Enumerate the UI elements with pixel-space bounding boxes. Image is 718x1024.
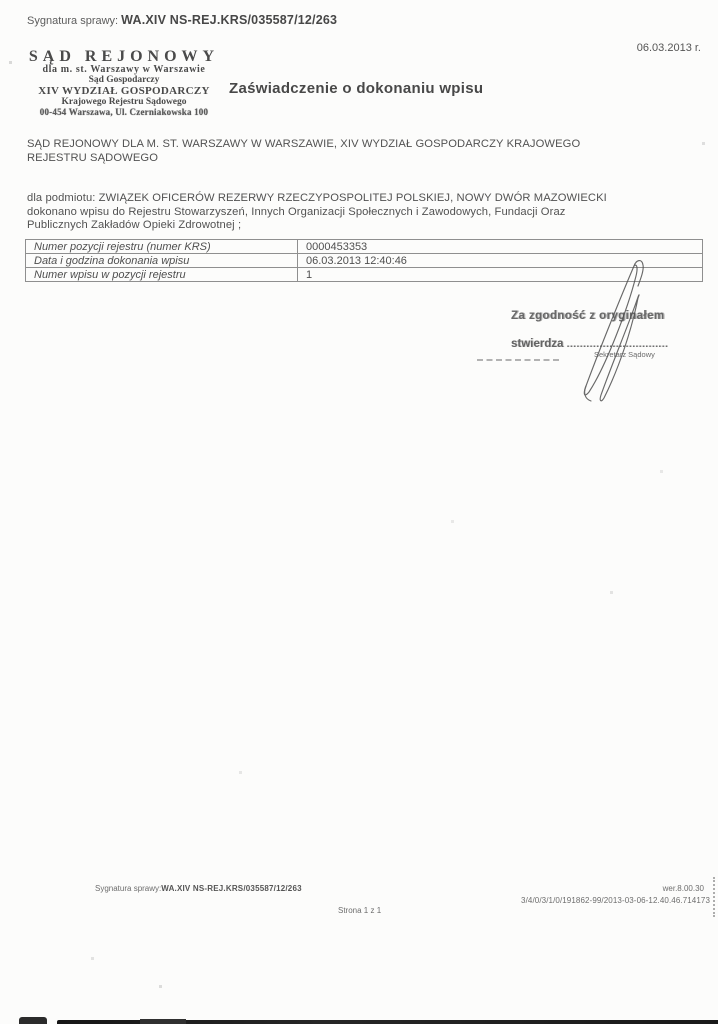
court-address-line: 00-454 Warszawa, Ul. Czerniakowska 100 xyxy=(12,107,236,118)
case-number-header: Sygnatura sprawy: WA.XIV NS-REJ.KRS/0355… xyxy=(27,13,337,27)
row-label-entry-datetime: Data i godzina dokonania wpisu xyxy=(26,254,298,268)
footer-case-number: Sygnatura sprawy:WA.XIV NS-REJ.KRS/03558… xyxy=(95,884,302,893)
court-paragraph: SĄD REJONOWY DLA M. ST. WARSZAWY W WARSZ… xyxy=(27,138,580,165)
scanned-court-document: { "colors": { "paper": "#fcfcfb", "ink":… xyxy=(0,0,718,1024)
footer-page-number: Strona 1 z 1 xyxy=(338,906,381,915)
scan-edge-mark xyxy=(713,877,716,917)
court-type-line: Sąd Gospodarczy xyxy=(12,75,236,85)
row-value-krs-number: 0000453353 xyxy=(298,240,703,254)
document-date: 06.03.2013 r. xyxy=(637,42,701,54)
court-paragraph-line: SĄD REJONOWY DLA M. ST. WARSZAWY W WARSZ… xyxy=(27,138,580,152)
footer-case-value: WA.XIV NS-REJ.KRS/035587/12/263 xyxy=(161,884,302,893)
court-city-line: dla m. st. Warszawy w Warszawie xyxy=(12,64,236,75)
scan-blob xyxy=(140,1019,186,1024)
document-title: Zaświadczenie o dokonaniu wpisu xyxy=(229,80,483,97)
case-number-label: Sygnatura sprawy: xyxy=(27,15,121,27)
subject-paragraph-line: Publicznych Zakładów Opieki Zdrowotnej ; xyxy=(27,219,607,233)
footer-system-id: 3/4/0/3/1/0/191862-99/2013-03-06-12.40.4… xyxy=(521,896,710,905)
subject-paragraph-line: dla podmiotu: ZWIĄZEK OFICERÓW REZERWY R… xyxy=(27,192,607,206)
table-row: Numer pozycji rejestru (numer KRS) 00004… xyxy=(26,240,703,254)
footer-case-label: Sygnatura sprawy: xyxy=(95,884,161,893)
footer-version: wer.8.00.30 xyxy=(663,884,704,893)
handwritten-signature xyxy=(572,256,662,404)
stamp-dash-line xyxy=(477,359,559,361)
subject-paragraph: dla podmiotu: ZWIĄZEK OFICERÓW REZERWY R… xyxy=(27,192,607,233)
subject-paragraph-line: dokonano wpisu do Rejestru Stowarzyszeń,… xyxy=(27,206,607,220)
court-division-line: XIV WYDZIAŁ GOSPODARCZY xyxy=(12,85,236,97)
scan-noise-specks xyxy=(0,0,1,1)
certification-word: stwierdza xyxy=(511,338,563,350)
court-registry-line: Krajowego Rejestru Sądowego xyxy=(12,97,236,107)
court-paragraph-line: REJESTRU SĄDOWEGO xyxy=(27,152,580,166)
court-letterhead-stamp: SĄD REJONOWY dla m. st. Warszawy w Warsz… xyxy=(12,49,236,118)
case-number-value: WA.XIV NS-REJ.KRS/035587/12/263 xyxy=(121,13,337,27)
court-name: SĄD REJONOWY xyxy=(12,49,236,64)
row-label-krs-number: Numer pozycji rejestru (numer KRS) xyxy=(26,240,298,254)
scan-blob xyxy=(19,1017,47,1024)
row-label-entry-number: Numer wpisu w pozycji rejestru xyxy=(26,268,298,282)
